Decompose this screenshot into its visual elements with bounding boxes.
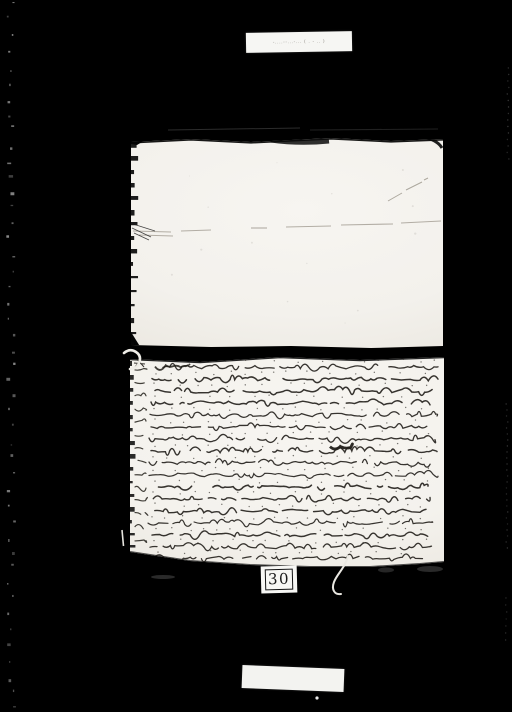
microfilm-frame: -....--...-... ( . - .. ) 30: [0, 0, 512, 712]
header-label-text: -....--...-... ( . - .. ): [273, 39, 325, 45]
manuscript-page-upper: [131, 136, 443, 348]
film-artifacts-layer: [0, 0, 512, 712]
header-label: -....--...-... ( . - .. ): [246, 31, 352, 53]
footer-blank-label: [242, 665, 345, 692]
frame-number: 30: [268, 572, 290, 588]
page-marks-upper: [131, 136, 443, 348]
handwriting-layer: [130, 355, 444, 567]
frame-number-border: 30: [265, 569, 294, 591]
manuscript-page-lower: [130, 355, 444, 567]
frame-number-tag: 30: [261, 566, 298, 594]
